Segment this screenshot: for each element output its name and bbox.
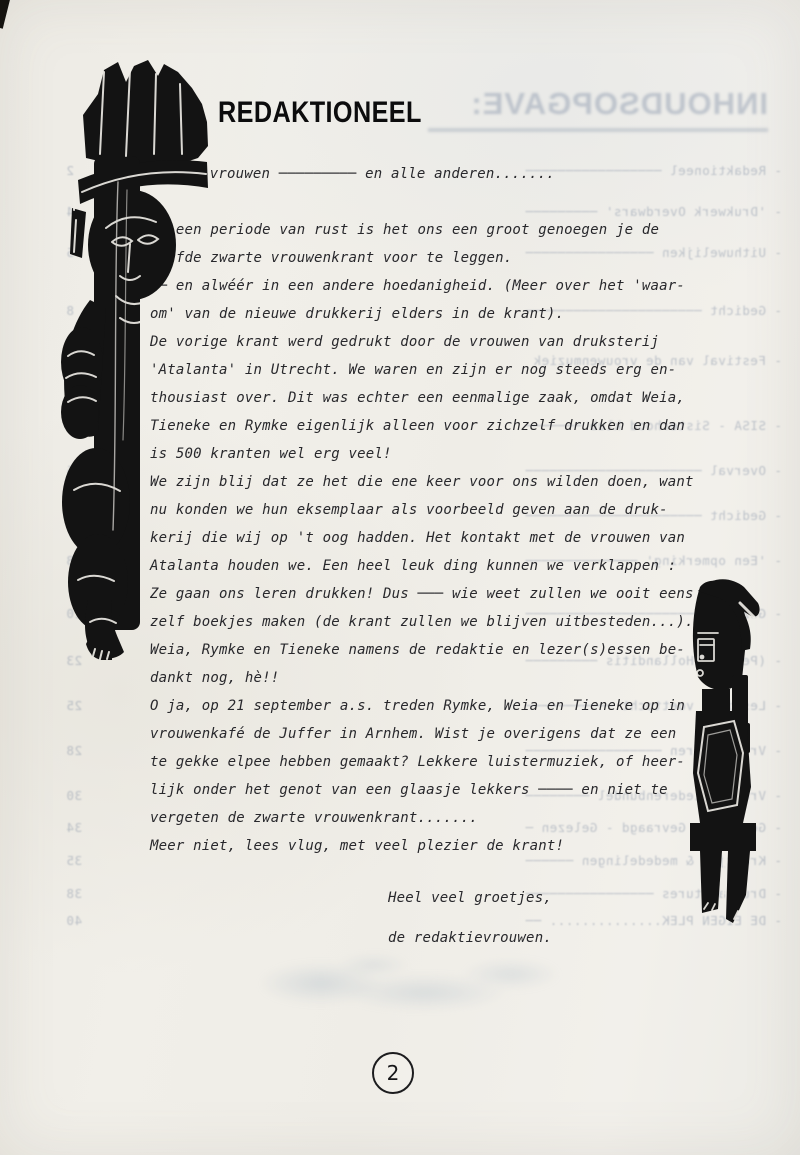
editorial-line: nu konden we hun eksemplaar als voorbeel… — [150, 496, 695, 524]
editorial-line: vrouwenkafé de Juffer in Arnhem. Wist je… — [150, 720, 695, 748]
page-number-badge: 2 — [372, 1052, 414, 1094]
editorial-line: kerij die wij op 't oog hadden. Het kont… — [150, 524, 695, 552]
ghost-page-number: 38 — [66, 886, 92, 901]
ghost-page-number: 25 — [66, 698, 92, 713]
ghost-page-number: 35 — [66, 853, 92, 868]
page-number: 2 — [387, 1061, 400, 1085]
editorial-line: vergeten de zwarte vrouwenkrant....... — [150, 804, 695, 832]
editorial-line: Ze gaan ons leren drukken! Dus ─── wie w… — [150, 580, 695, 608]
editorial-line: is 500 kranten wel erg veel! — [150, 440, 695, 468]
editorial-line: 'Atalanta' in Utrecht. We waren en zijn … — [150, 356, 695, 384]
ghost-page-number: 40 — [66, 913, 92, 928]
editorial-line: lijk onder het genot van een glaasje lek… — [150, 776, 695, 804]
editorial-line: te gekke elpee hebben gemaakt? Lekkere l… — [150, 748, 695, 776]
editorial-line: De vorige krant werd gedrukt door de vro… — [150, 328, 695, 356]
scan-corner-mark — [0, 0, 11, 29]
editorial-line: Atalanta houden we. Een heel leuk ding k… — [150, 552, 695, 580]
editorial-body: Na een periode van rust is het ons een g… — [150, 216, 695, 860]
editorial-line: Meer niet, lees vlug, met veel plezier d… — [150, 832, 695, 860]
closing-block: Heel veel groetjes, de redaktievrouwen. — [388, 878, 552, 958]
editorial-line: Tieneke en Rymke eigenlijk alleen voor z… — [150, 412, 695, 440]
editorial-line: vijfde zwarte vrouwenkrant voor te legge… — [150, 244, 695, 272]
left-woodcut-figure — [60, 60, 210, 660]
editorial-line: dankt nog, hè!! — [150, 664, 695, 692]
right-woodcut-figure — [688, 577, 763, 927]
closing-line-1: Heel veel groetjes, — [388, 878, 552, 918]
ghost-toc-title: INHOUDSOPGAVE: — [428, 86, 768, 132]
ghost-page-number: 28 — [66, 743, 92, 758]
editorial-line: om' van de nieuwe drukkerij elders in de… — [150, 300, 695, 328]
editorial-line: ── en alwéér in een andere hoedanigheid.… — [150, 272, 695, 300]
ghost-label: - Redaktioneel ───────────────── — [525, 163, 782, 178]
salutation-line: Lieve vrouwen ───────── en alle anderen.… — [158, 166, 555, 182]
editorial-line: Na een periode van rust is het ons een g… — [150, 216, 695, 244]
editorial-line: We zijn blij dat ze het die ene keer voo… — [150, 468, 695, 496]
closing-line-2: de redaktievrouwen. — [388, 918, 552, 958]
editorial-line: Weia, Rymke en Tieneke namens de redakti… — [150, 636, 695, 664]
ghost-page-number: 34 — [66, 820, 92, 835]
editorial-line: thousiast over. Dit was echter een eenma… — [150, 384, 695, 412]
scanned-zine-page: INHOUDSOPGAVE: - Redaktioneel ──────────… — [0, 0, 800, 1155]
editorial-line: O ja, op 21 september a.s. treden Rymke,… — [150, 692, 695, 720]
editorial-line: zelf boekjes maken (de krant zullen we b… — [150, 608, 695, 636]
ghost-page-number: 30 — [66, 788, 92, 803]
page-title: REDAKTIONEEL — [218, 96, 422, 130]
